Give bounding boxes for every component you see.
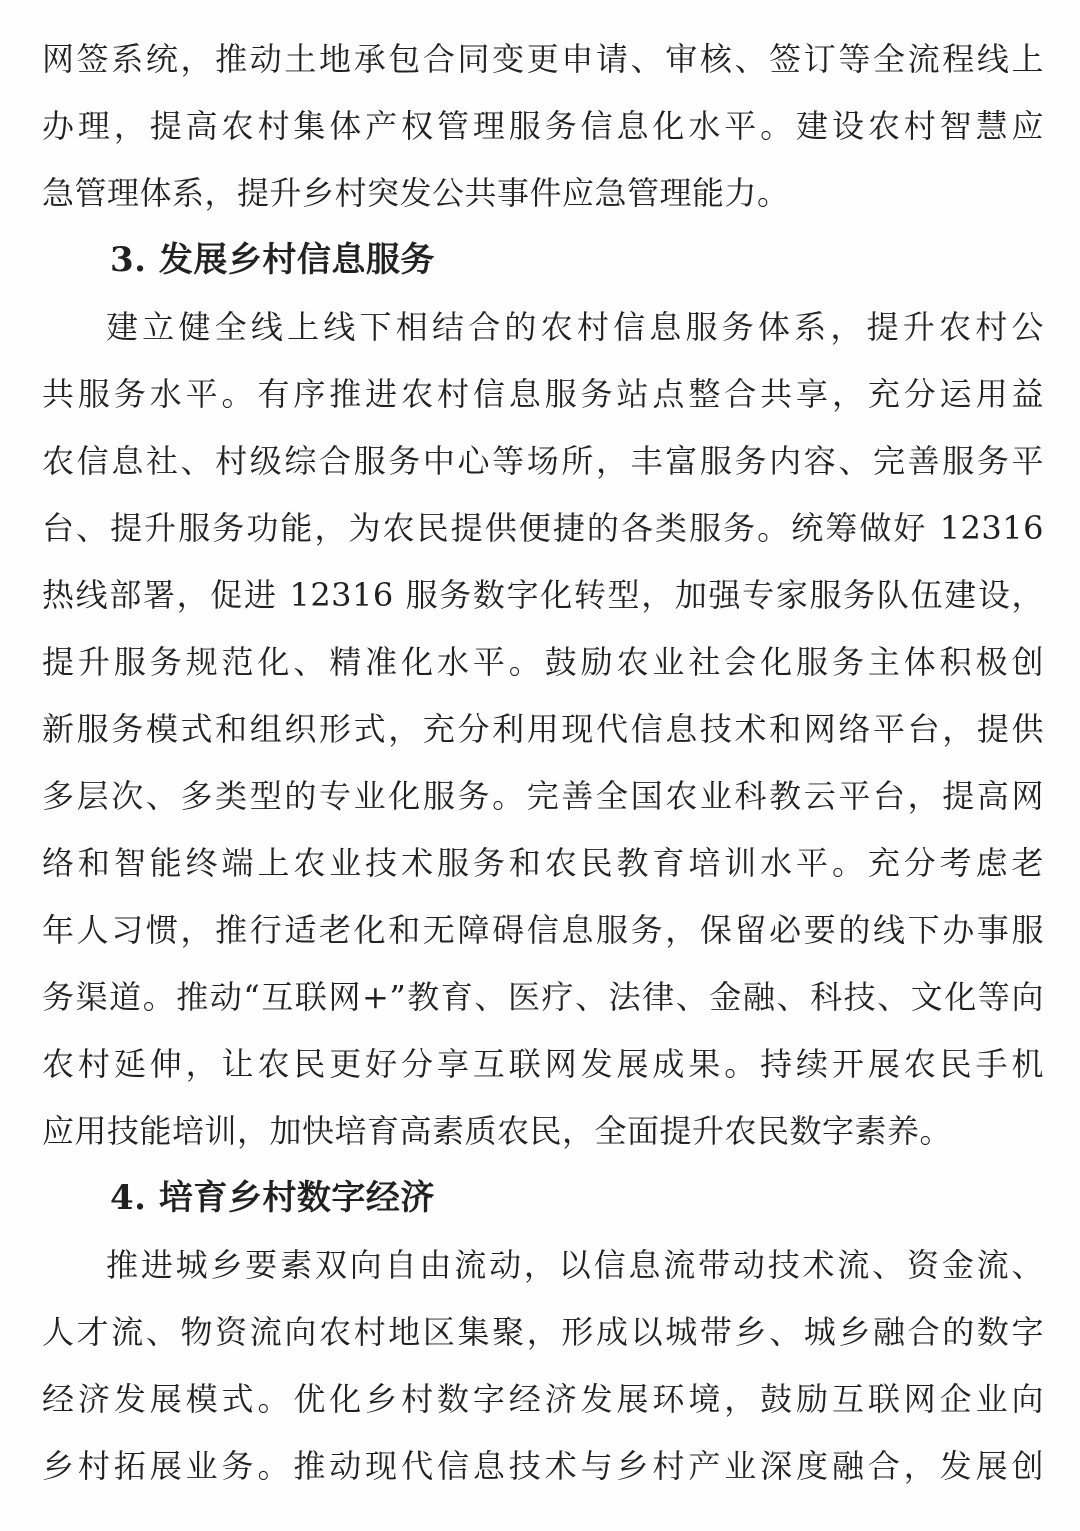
body-text-line: 务渠道。推动“互联网+”教育、医疗、法律、金融、科技、文化等向 (42, 964, 1044, 1031)
body-text-line: 推进城乡要素双向自由流动，以信息流带动技术流、资金流、 (42, 1232, 1044, 1299)
body-text-line: 共服务水平。有序推进农村信息服务站点整合共享，充分运用益 (42, 361, 1044, 428)
body-text-line: 农信息社、村级综合服务中心等场所，丰富服务内容、完善服务平 (42, 428, 1044, 495)
body-text-line: 络和智能终端上农业技术服务和农民教育培训水平。充分考虑老 (42, 830, 1044, 897)
body-text-line: 热线部署，促进 12316 服务数字化转型，加强专家服务队伍建设， (42, 562, 1044, 629)
section-4-heading: 4. 培育乡村数字经济 (42, 1165, 1044, 1232)
body-text-line: 应用技能培训，加快培育高素质农民，全面提升农民数字素养。 (42, 1098, 1044, 1165)
body-text-line: 急管理体系，提升乡村突发公共事件应急管理能力。 (42, 160, 1044, 227)
body-text-line: 办理，提高农村集体产权管理服务信息化水平。建设农村智慧应 (42, 93, 1044, 160)
body-text-line: 新服务模式和组织形式，充分利用现代信息技术和网络平台，提供 (42, 696, 1044, 763)
body-text-line: 乡村拓展业务。推动现代信息技术与乡村产业深度融合，发展创 (42, 1433, 1044, 1500)
body-text-line: 多层次、多类型的专业化服务。完善全国农业科教云平台，提高网 (42, 763, 1044, 830)
section-3-heading: 3. 发展乡村信息服务 (42, 227, 1044, 294)
body-text-line: 人才流、物资流向农村地区集聚，形成以城带乡、城乡融合的数字 (42, 1299, 1044, 1366)
body-text-line: 网签系统，推动土地承包合同变更申请、审核、签订等全流程线上 (42, 26, 1044, 93)
body-text-line: 提升服务规范化、精准化水平。鼓励农业社会化服务主体积极创 (42, 629, 1044, 696)
body-text-line: 建立健全线上线下相结合的农村信息服务体系，提升农村公 (42, 294, 1044, 361)
document-page: 网签系统，推动土地承包合同变更申请、审核、签订等全流程线上 办理，提高农村集体产… (0, 0, 1080, 1531)
body-text-line: 年人习惯，推行适老化和无障碍信息服务，保留必要的线下办事服 (42, 897, 1044, 964)
body-text-line: 台、提升服务功能，为农民提供便捷的各类服务。统筹做好 12316 (42, 495, 1044, 562)
body-text-line: 农村延伸，让农民更好分享互联网发展成果。持续开展农民手机 (42, 1031, 1044, 1098)
body-text-line: 经济发展模式。优化乡村数字经济发展环境，鼓励互联网企业向 (42, 1366, 1044, 1433)
